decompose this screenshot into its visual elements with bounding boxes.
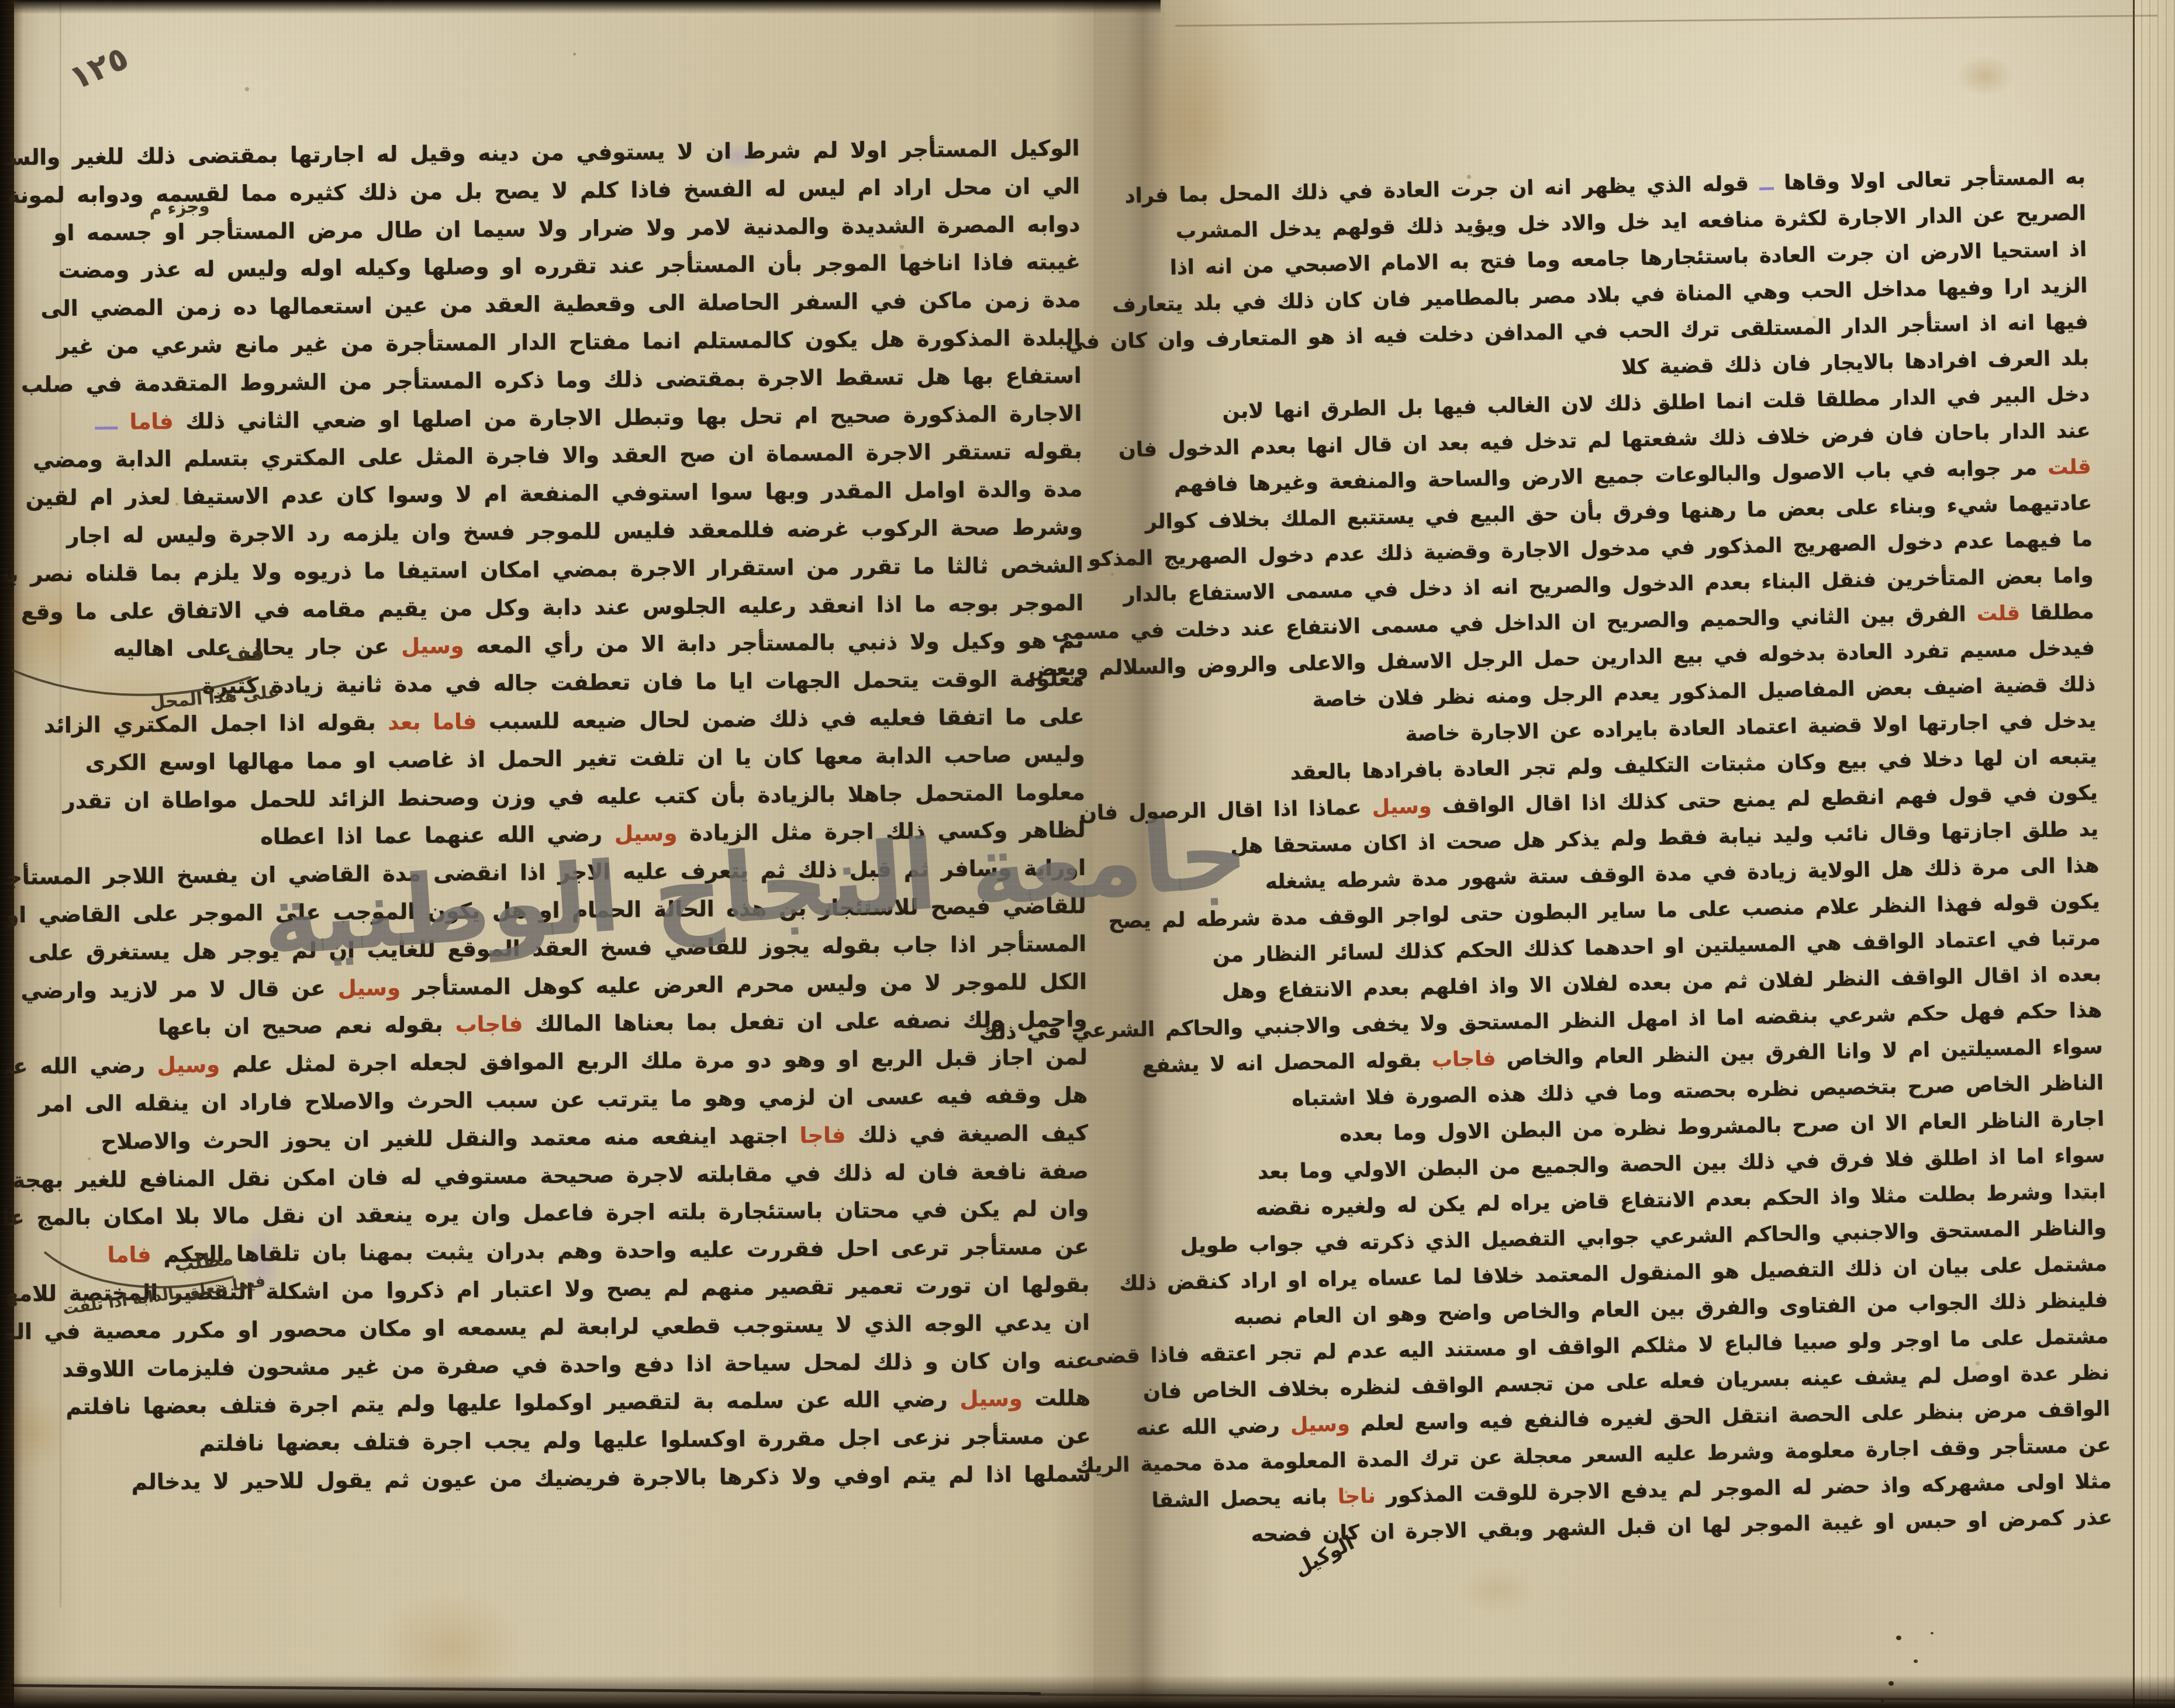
- photo-bottom-shadow: [0, 1675, 2175, 1708]
- photo-top-edge: [0, 0, 1161, 15]
- right-page-text-block: به المستأجر تعالى اولا وقاها ــ قوله الذ…: [1227, 159, 2112, 1553]
- fore-edge-pages: [2133, 0, 2175, 1708]
- left-page-text-block: الوكيل المستأجر اولا لم شرط ان لا يستوفي…: [127, 130, 1091, 1502]
- ink-dots: [1896, 1636, 1901, 1640]
- margin-note-qif: قف: [226, 642, 264, 666]
- photo-left-edge: [0, 0, 23, 1708]
- margin-note-juz: وجزء م: [149, 195, 210, 219]
- manuscript-photo: الوكيل المستأجر اولا لم شرط ان لا يستوفي…: [0, 0, 2175, 1708]
